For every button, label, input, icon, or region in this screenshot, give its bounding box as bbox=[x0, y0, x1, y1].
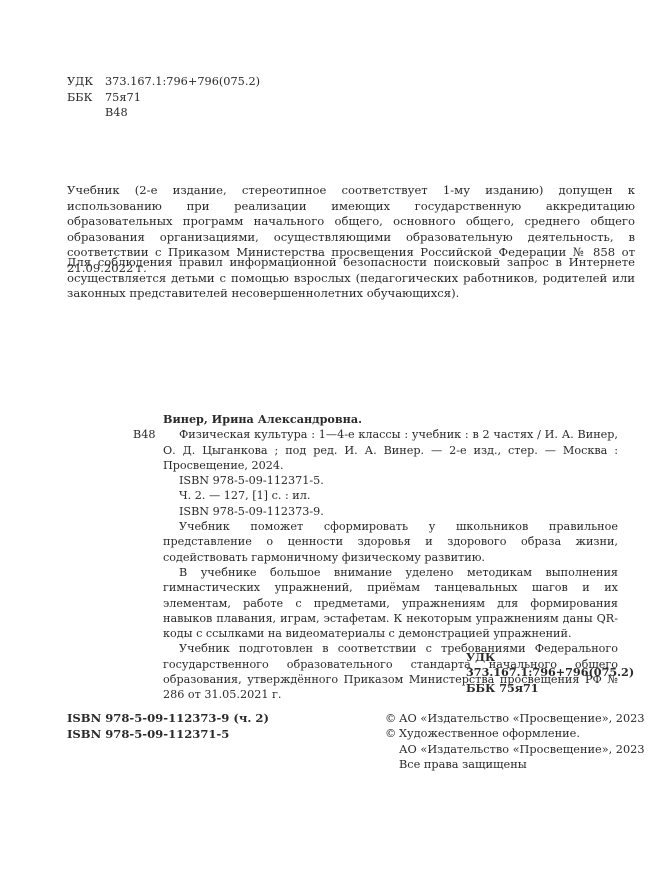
udk-label: УДК bbox=[67, 74, 105, 90]
classification-codes-top: УДК 373.167.1:796+796(075.2) ББК 75я71 В… bbox=[67, 74, 260, 121]
author-mark: В48 bbox=[105, 105, 128, 121]
udk-row: УДК 373.167.1:796+796(075.2) bbox=[67, 74, 260, 90]
record-part: Ч. 2. — 127, [1] с. : ил. bbox=[163, 488, 618, 503]
record-author: Винер, Ирина Александровна. bbox=[133, 412, 618, 427]
copyright-line: АО «Издательство «Просвещение», 2023 bbox=[385, 742, 645, 757]
annotation-paragraph: Учебник поможет сформировать у школьнико… bbox=[163, 519, 618, 565]
annotation-paragraph: В учебнике большое внимание уделено мето… bbox=[163, 565, 618, 641]
copyright-block: © АО «Издательство «Просвещение», 2023 ©… bbox=[385, 711, 645, 772]
udk-value: 373.167.1:796+796(075.2) bbox=[105, 74, 260, 90]
classification-codes-bottom: УДК 373.167.1:796+796(075.2) ББК 75я71 bbox=[466, 650, 650, 696]
rights-reserved: Все права защищены bbox=[385, 757, 645, 772]
bbk-row: ББК 75я71 bbox=[67, 90, 260, 106]
copyright-line: © Художественное оформление. bbox=[385, 726, 645, 741]
bbk-label: ББК bbox=[67, 90, 105, 106]
bbk-value: 75я71 bbox=[105, 90, 141, 106]
safety-notice: Для соблюдения правил информационной без… bbox=[67, 255, 635, 302]
record-isbn-part: ISBN 978-5-09-112373-9. bbox=[163, 504, 618, 519]
record-title: Физическая культура : 1—4-е классы : уче… bbox=[163, 427, 618, 473]
record-isbn-set: ISBN 978-5-09-112371-5. bbox=[163, 473, 618, 488]
isbn-set: ISBN 978-5-09-112371-5 bbox=[67, 727, 269, 743]
bbk-bottom: ББК 75я71 bbox=[466, 681, 650, 696]
isbn-block: ISBN 978-5-09-112373-9 (ч. 2) ISBN 978-5… bbox=[67, 711, 269, 742]
udk-bottom: УДК 373.167.1:796+796(075.2) bbox=[466, 650, 650, 681]
copyright-icon: © bbox=[385, 726, 399, 741]
author-mark-row: В48 bbox=[67, 105, 260, 121]
record-code: В48 bbox=[133, 427, 155, 442]
isbn-part-2: ISBN 978-5-09-112373-9 (ч. 2) bbox=[67, 711, 269, 727]
copyright-icon: © bbox=[385, 711, 399, 726]
copyright-line: © АО «Издательство «Просвещение», 2023 bbox=[385, 711, 645, 726]
